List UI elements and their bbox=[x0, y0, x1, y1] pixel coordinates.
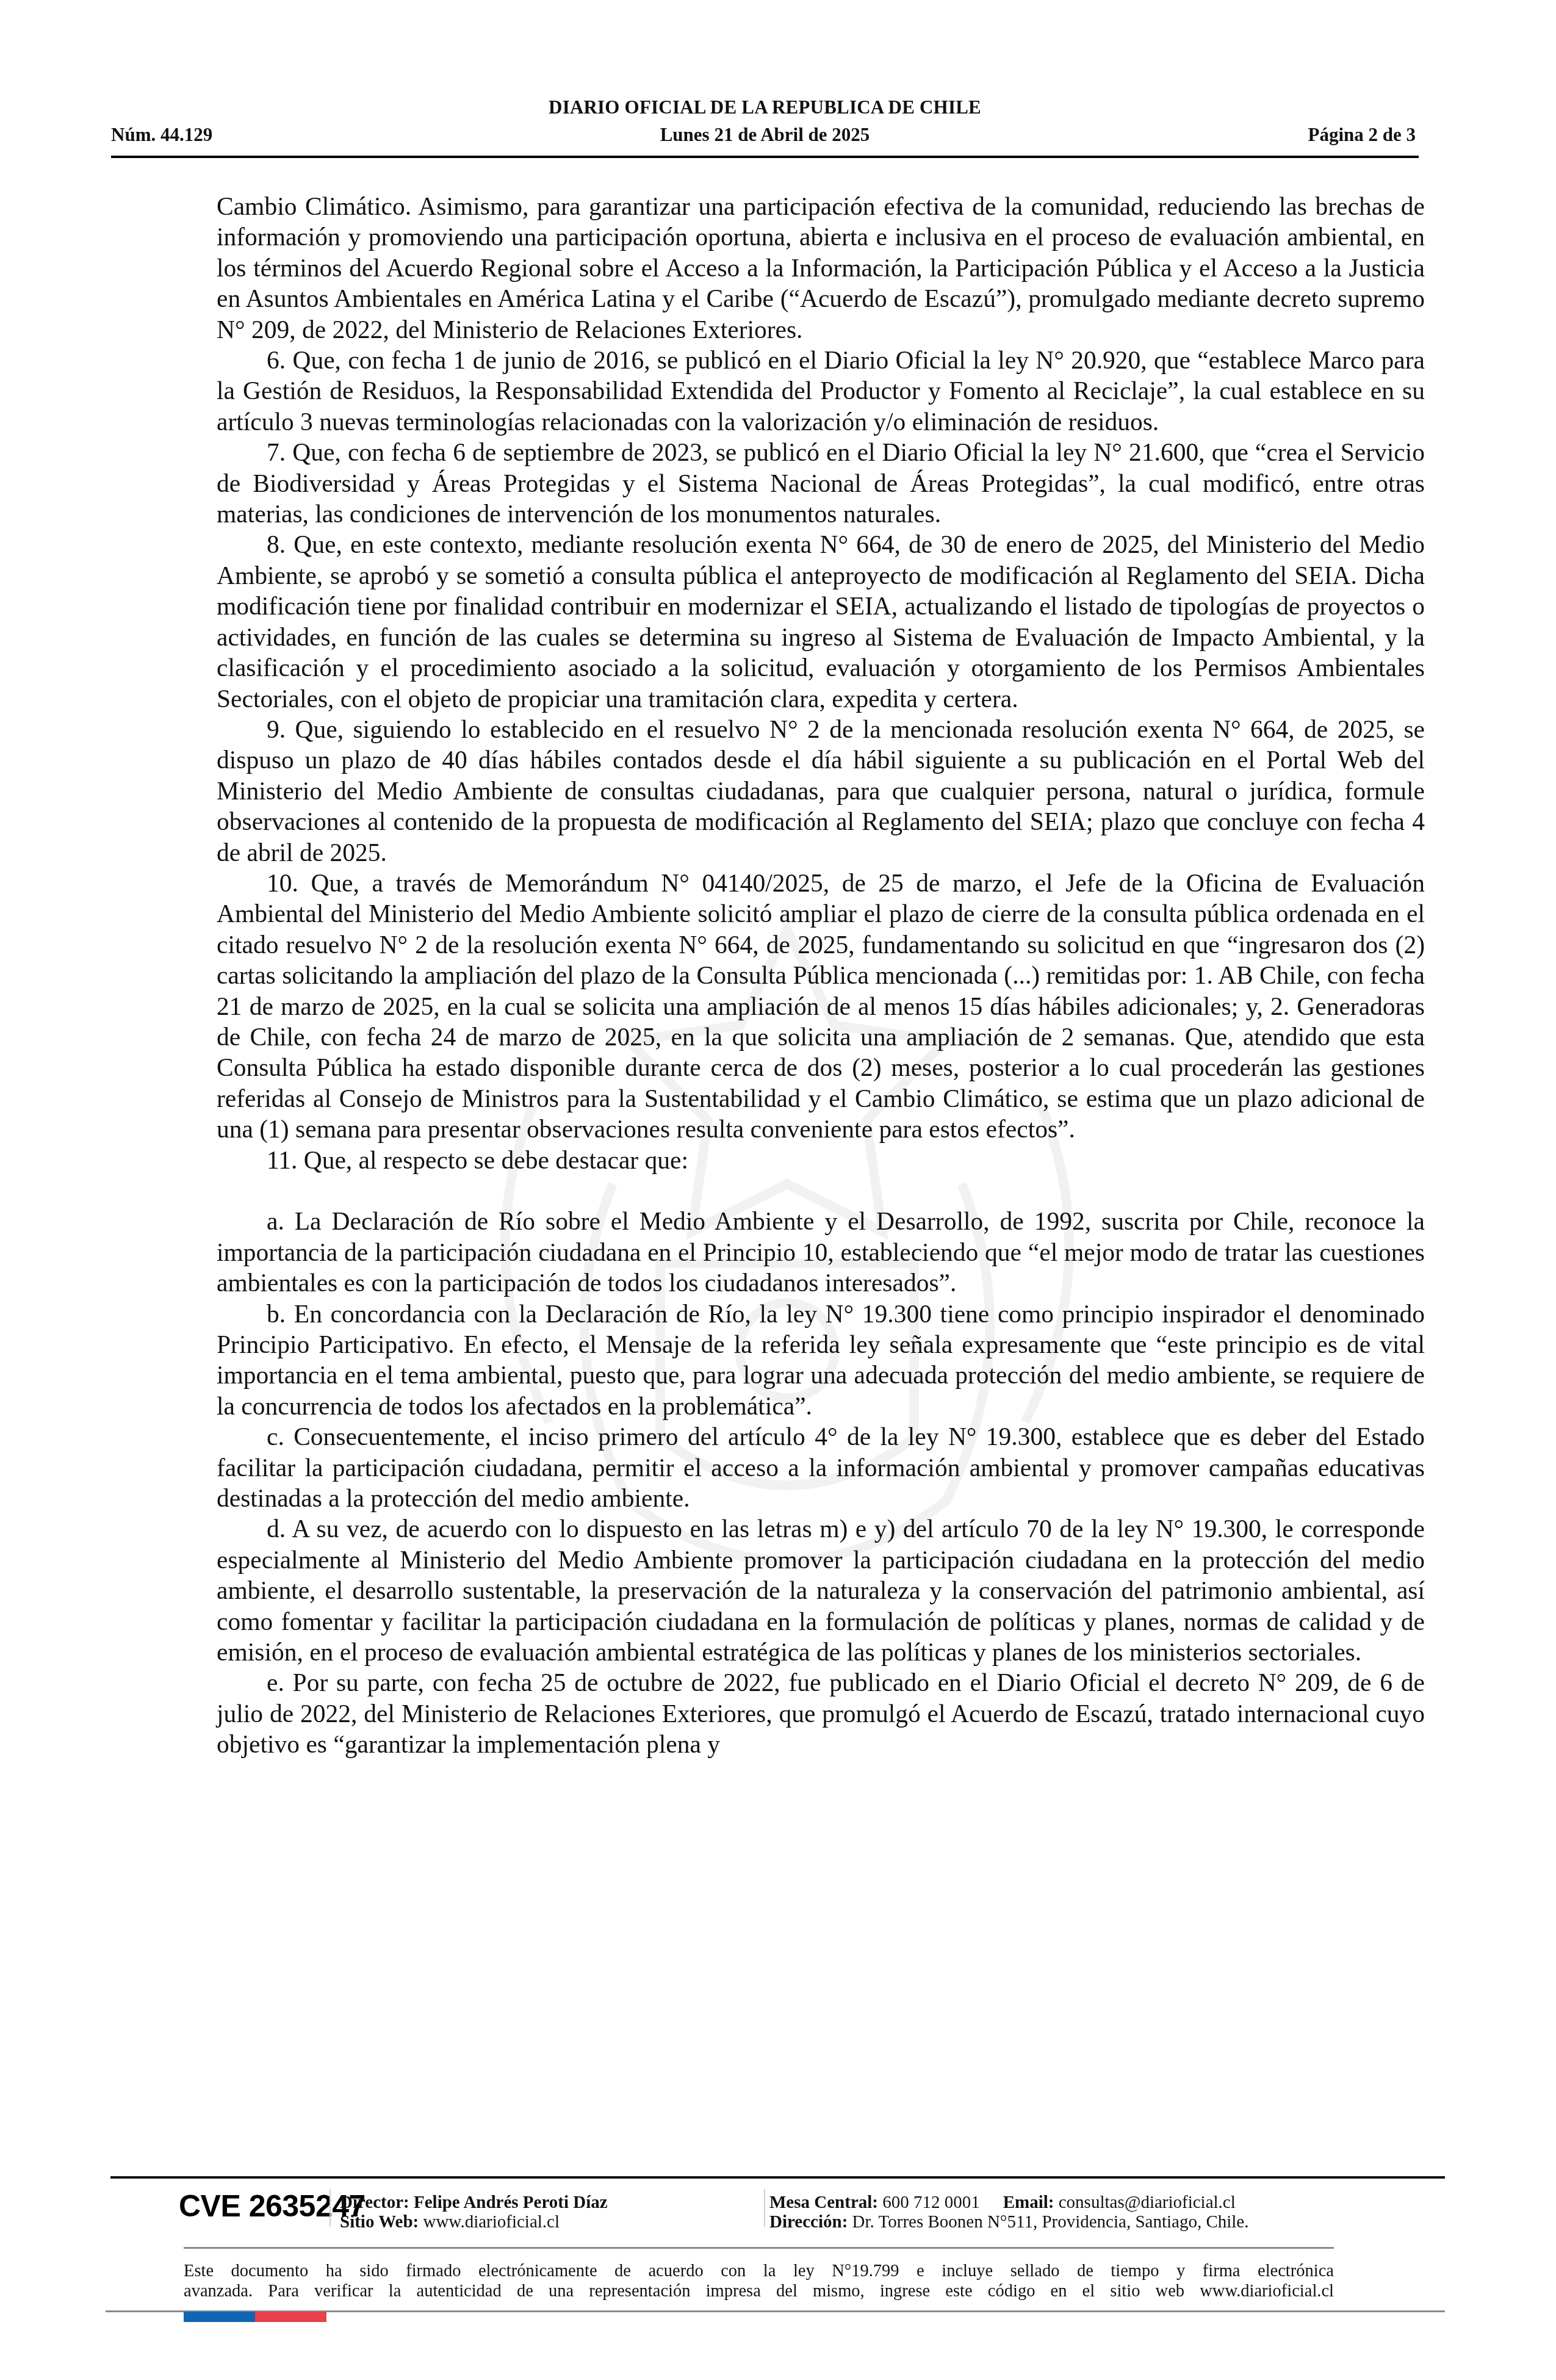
paragraph-continuation: Cambio Climático. Asimismo, para garanti… bbox=[217, 191, 1425, 345]
director-label: Director: bbox=[340, 2193, 409, 2212]
footer-separator bbox=[764, 2189, 765, 2227]
paragraph-7: 7. Que, con fecha 6 de septiembre de 202… bbox=[217, 437, 1425, 529]
paragraph-6: 6. Que, con fecha 1 de junio de 2016, se… bbox=[217, 345, 1425, 437]
signature-disclaimer: Este documento ha sido firmado electróni… bbox=[184, 2261, 1334, 2301]
publication-date: Lunes 21 de Abril de 2025 bbox=[111, 124, 1419, 146]
header-meta-row: Núm. 44.129 Lunes 21 de Abril de 2025 Pá… bbox=[111, 124, 1419, 146]
publication-title: DIARIO OFICIAL DE LA REPUBLICA DE CHILE bbox=[111, 96, 1419, 118]
disclaimer-line-1: Este documento ha sido firmado electróni… bbox=[184, 2261, 1334, 2281]
email-label: Email: bbox=[1003, 2193, 1054, 2212]
paragraph-11e: e. Por su parte, con fecha 25 de octubre… bbox=[217, 1667, 1425, 1759]
footer-separator bbox=[330, 2189, 331, 2227]
disclaimer-line-2: avanzada. Para verificar la autenticidad… bbox=[184, 2281, 1334, 2301]
website-label: Sitio Web: bbox=[340, 2212, 419, 2232]
paragraph-10: 10. Que, a través de Memorándum N° 04140… bbox=[217, 868, 1425, 1145]
address-label: Dirección: bbox=[769, 2212, 848, 2232]
paragraph-11: 11. Que, al respecto se debe destacar qu… bbox=[217, 1145, 1425, 1175]
flag-stripe-red bbox=[255, 2312, 326, 2322]
address-value: Dr. Torres Boonen N°511, Providencia, Sa… bbox=[852, 2212, 1249, 2232]
footer-contact-block: Mesa Central: 600 712 0001Email: consult… bbox=[769, 2193, 1248, 2232]
footer-divider-top bbox=[110, 2176, 1445, 2179]
paragraph-9: 9. Que, siguiendo lo establecido en el r… bbox=[217, 714, 1425, 868]
footer-divider-middle bbox=[184, 2247, 1334, 2249]
phone-number: 600 712 0001 bbox=[882, 2193, 980, 2212]
paragraph-11a: a. La Declaración de Río sobre el Medio … bbox=[217, 1206, 1425, 1298]
document-body: Cambio Climático. Asimismo, para garanti… bbox=[217, 191, 1425, 1760]
phone-label: Mesa Central: bbox=[769, 2193, 878, 2212]
website-link[interactable]: www.diarioficial.cl bbox=[423, 2212, 560, 2232]
paragraph-8: 8. Que, en este contexto, mediante resol… bbox=[217, 529, 1425, 713]
paragraph-11c: c. Consecuentemente, el inciso primero d… bbox=[217, 1421, 1425, 1513]
flag-stripe-blue bbox=[184, 2312, 255, 2322]
footer-director-block: Director: Felipe Andrés Peroti Díaz Siti… bbox=[340, 2193, 608, 2232]
paragraph-11b: b. En concordancia con la Declaración de… bbox=[217, 1299, 1425, 1422]
paragraph-11d: d. A su vez, de acuerdo con lo dispuesto… bbox=[217, 1513, 1425, 1667]
director-name: Felipe Andrés Peroti Díaz bbox=[414, 2193, 608, 2212]
header-divider bbox=[111, 156, 1419, 158]
email-link[interactable]: consultas@diarioficial.cl bbox=[1059, 2193, 1236, 2212]
page-indicator: Página 2 de 3 bbox=[1308, 124, 1416, 146]
cve-code: CVE 2635247 bbox=[179, 2190, 366, 2223]
